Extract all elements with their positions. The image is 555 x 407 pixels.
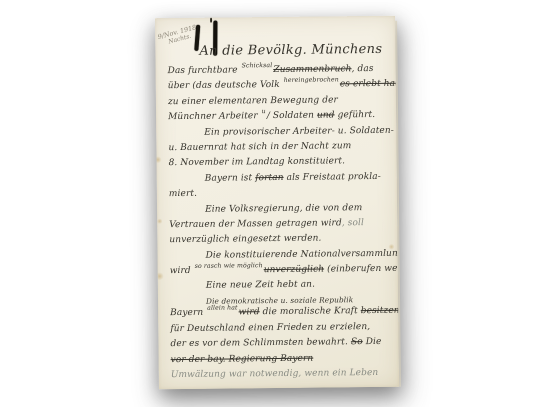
inserted-text: Schicksal bbox=[242, 62, 273, 69]
manuscript-text: An die Bevölkg. Münchens Das furchtbare … bbox=[167, 42, 393, 386]
handwritten-text: Bayern bbox=[170, 308, 206, 318]
handwritten-text: über (das deutsche Volk bbox=[168, 80, 283, 91]
foxing-spot bbox=[156, 272, 164, 280]
handwritten-text: / Soldaten bbox=[267, 111, 317, 122]
struck-text: Zusammenbruch bbox=[273, 64, 351, 75]
struck-text: So bbox=[351, 337, 363, 347]
struck-text: es erlebt hat bbox=[340, 79, 399, 90]
handwritten-text: u. Bauernrat hat sich in der Nacht zum bbox=[168, 141, 351, 153]
handwritten-text: Münchner Arbeiter bbox=[168, 111, 261, 122]
handwritten-text: Die konstituierende Nationalversammlung bbox=[205, 248, 398, 260]
ink-drip bbox=[210, 18, 212, 23]
manuscript-title: An die Bevölkg. Münchens bbox=[167, 42, 389, 59]
handwritten-text: wird bbox=[170, 266, 194, 276]
struck-text: wird bbox=[239, 308, 260, 318]
inserted-text: so rasch wie möglich bbox=[195, 262, 263, 270]
manuscript-sheet: 9/Nov. 1918 Nachts. An die Bevölkg. Münc… bbox=[155, 16, 399, 389]
handwritten-text: Die bbox=[363, 337, 382, 347]
handwritten-text: 8. November im Landtag konstituiert. bbox=[169, 157, 346, 169]
foxing-spot bbox=[157, 218, 162, 224]
struck-text: vor der bay. Regierung Bayern bbox=[171, 353, 314, 364]
handwritten-text: für Deutschland einen Frieden zu erziele… bbox=[170, 322, 370, 334]
inserted-text: u bbox=[262, 108, 266, 115]
struck-text: und bbox=[317, 111, 335, 121]
struck-text: besitzen bbox=[361, 306, 399, 316]
handwritten-text: Das furchtbare bbox=[168, 65, 241, 76]
handwritten-text: zu einer elementaren Bewegung der bbox=[168, 95, 338, 107]
struck-text: unverzüglich bbox=[264, 265, 325, 276]
handwritten-text: , das bbox=[351, 64, 373, 74]
handwritten-text: die moralische Kraft bbox=[260, 306, 361, 317]
handwritten-text: unverzüglich eingesetzt werden. bbox=[169, 234, 321, 246]
inserted-text: hereingebrochen bbox=[284, 77, 339, 85]
struck-text: fortan bbox=[255, 173, 284, 183]
photo-background: 9/Nov. 1918 Nachts. An die Bevölkg. Münc… bbox=[0, 0, 555, 407]
handwritten-text: Bayern ist bbox=[205, 173, 256, 184]
foxing-spot bbox=[155, 156, 162, 163]
manuscript-line: Umwälzung war notwendig, wenn ein Leben bbox=[171, 368, 393, 386]
faint-text: , soll bbox=[342, 218, 364, 228]
handwritten-text: der es vor dem Schlimmsten bewahrt. bbox=[170, 337, 351, 349]
handwritten-text: Vertrauen der Massen getragen wird bbox=[169, 218, 342, 230]
handwritten-text: Eine neue Zeit hebt an. bbox=[206, 280, 315, 291]
handwritten-text: miert. bbox=[169, 189, 197, 199]
inserted-text: allein hat bbox=[207, 305, 237, 312]
handwritten-text: Eine Volksregierung, die von dem bbox=[205, 203, 362, 215]
manuscript-lines: Das furchtbare SchicksalZusammenbruch, d… bbox=[168, 64, 393, 386]
handwritten-text: geführt. bbox=[335, 110, 376, 120]
faint-text: Umwälzung war notwendig, wenn ein Leben bbox=[171, 368, 379, 380]
manuscript-page: 9/Nov. 1918 Nachts. An die Bevölkg. Münc… bbox=[155, 16, 399, 389]
handwritten-text: Ein provisorischer Arbeiter- u. Soldaten… bbox=[204, 125, 394, 137]
handwritten-text: als Freistaat prokla- bbox=[284, 172, 381, 183]
handwritten-text: (einberufen werden bbox=[324, 264, 399, 275]
